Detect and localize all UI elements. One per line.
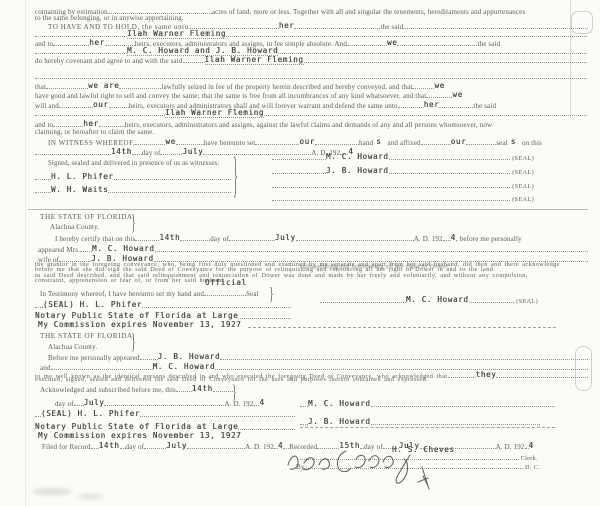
printed-text: day of xyxy=(210,235,229,244)
dotted-leader xyxy=(59,100,93,108)
dotted-leader xyxy=(140,352,158,360)
typed-entry: M. C. Howard xyxy=(406,295,469,304)
witness-signature: H. L. Phifer xyxy=(35,172,231,182)
dotted-leader xyxy=(278,46,587,54)
seal-label: (SEAL) xyxy=(510,182,534,191)
dotted-leader xyxy=(421,137,451,145)
dotted-leader xyxy=(412,81,434,89)
dotted-leader xyxy=(204,288,246,296)
typed-entry: 14th xyxy=(159,233,180,242)
printed-text: Filed for Record xyxy=(42,443,91,452)
dotted-leader xyxy=(296,233,414,241)
dotted-leader xyxy=(272,166,326,174)
handwritten-signature xyxy=(284,441,456,495)
typed-entry: s xyxy=(376,137,381,146)
dotted-leader xyxy=(398,100,424,108)
dotted-leader xyxy=(320,295,406,303)
dotted-leader xyxy=(187,441,245,449)
covenant-line: do hereby covenant and agree to and with… xyxy=(35,55,587,66)
dotted-leader xyxy=(51,362,153,370)
printed-text: A. D. 192 xyxy=(224,400,253,409)
dotted-leader xyxy=(347,38,387,46)
printed-text: Signed, sealed and delivered in presence… xyxy=(48,159,219,168)
seal-label: (SEAL) xyxy=(510,168,534,177)
dotted-leader xyxy=(238,422,295,430)
printed-text: acres of land, more or less. Together wi… xyxy=(212,8,525,17)
notary-signature: (SEAL) H. L. Phifer xyxy=(35,300,291,310)
seal-label: (SEAL) xyxy=(510,195,534,204)
typed-entry: Official xyxy=(205,278,247,287)
date-line: day of July A. D. 192 4 xyxy=(55,398,265,409)
typed-entry: H. L. Phifer xyxy=(51,172,114,181)
dotted-leader xyxy=(389,152,511,160)
dotted-leader xyxy=(35,108,165,116)
typed-entry: we xyxy=(434,81,444,90)
dotted-leader xyxy=(176,137,204,145)
typed-entry: July xyxy=(275,233,296,242)
grantee-name-line: Ilah Warner Fleming xyxy=(35,108,587,119)
acknowledged-line: Acknowledged and subscribed before me, t… xyxy=(40,384,233,395)
typed-entry: July xyxy=(84,398,105,407)
dotted-leader xyxy=(300,417,308,425)
witness-caption: Signed, sealed and delivered in presence… xyxy=(48,159,219,168)
dotted-leader xyxy=(99,119,125,127)
dotted-leader xyxy=(35,71,587,79)
scan-smudge xyxy=(78,494,104,499)
dotted-leader xyxy=(448,370,476,378)
typed-entry: M. C. Howard xyxy=(92,244,155,253)
dotted-leader xyxy=(35,29,127,37)
printed-text: Seal xyxy=(246,290,259,299)
dotted-leader xyxy=(142,300,291,308)
printed-text: THE STATE OF FLORIDA, xyxy=(40,213,135,222)
dotted-leader xyxy=(264,108,587,116)
dotted-leader xyxy=(132,147,142,155)
printed-text: day of xyxy=(126,443,145,452)
dower-signature: M. C. Howard (SEAL) xyxy=(320,295,538,306)
witness-brace: } xyxy=(233,151,238,206)
printed-text: Alachua County. xyxy=(50,223,99,232)
scan-smudge xyxy=(32,488,72,495)
printed-text: day of xyxy=(55,400,74,409)
printed-text: constraint, apprehension or fear of, or … xyxy=(35,278,225,284)
dotted-leader xyxy=(466,137,496,145)
typed-entry: we xyxy=(165,137,175,146)
dotted-leader xyxy=(238,311,291,319)
dotted-leader xyxy=(109,100,129,108)
dotted-leader xyxy=(272,180,510,188)
dotted-leader xyxy=(213,384,233,392)
dotted-leader xyxy=(80,244,92,252)
typed-entry: Ilah Warner Fleming xyxy=(205,55,304,65)
typed-entry: 14th xyxy=(111,147,132,156)
typed-entry: July xyxy=(166,441,187,450)
dotted-leader xyxy=(35,172,51,180)
dotted-leader xyxy=(35,185,51,193)
blank-rule xyxy=(35,71,587,79)
commission-line: My Commission expires November 13, 1927 xyxy=(38,321,241,330)
dotted-leader xyxy=(74,398,84,406)
dotted-leader xyxy=(496,370,588,378)
typed-entry: 4 xyxy=(259,398,264,407)
printed-text: day of xyxy=(142,149,161,158)
official-overlay: Official xyxy=(205,279,247,288)
dotted-leader xyxy=(114,172,231,180)
dotted-leader xyxy=(144,441,166,449)
dotted-leader xyxy=(304,55,587,63)
commission-line: My Commission expires November 13, 1927 xyxy=(38,432,241,441)
state-heading: THE STATE OF FLORIDA, xyxy=(40,332,135,341)
typed-entry: (SEAL) H. L. Phifer xyxy=(43,300,142,309)
typed-entry: 14th xyxy=(99,441,120,450)
printed-text: and affixed xyxy=(387,139,420,148)
dotted-leader xyxy=(108,185,231,193)
printed-text: In Testimony whereof, I have hereunto se… xyxy=(40,290,204,299)
typed-entry: My Commission expires November 13, 1927 xyxy=(38,431,241,440)
typed-entry: we xyxy=(452,90,462,99)
dotted-leader xyxy=(140,409,295,417)
dotted-leader xyxy=(397,38,477,46)
notary-signature: (SEAL) H. L. Phifer xyxy=(35,409,295,419)
typed-entry: (SEAL) H. L. Phifer xyxy=(41,409,140,418)
dotted-leader xyxy=(135,233,159,241)
printed-text: THE STATE OF FLORIDA, xyxy=(40,332,135,341)
printed-text: hand xyxy=(359,139,373,148)
printed-text: I hereby certify that on this xyxy=(55,235,135,244)
dotted-leader xyxy=(371,399,555,407)
grantor-signature: J. B. Howard xyxy=(300,417,540,427)
dotted-leader xyxy=(189,21,279,29)
printed-text: Acknowledged and subscribed before me, t… xyxy=(40,386,176,395)
form-line: claiming, or hereafter to claim the same… xyxy=(35,128,154,137)
typed-entry: her xyxy=(83,119,99,128)
dotted-leader xyxy=(426,90,452,98)
dotted-leader xyxy=(183,55,205,63)
printed-text: seal xyxy=(496,139,507,148)
dotted-leader xyxy=(35,300,43,308)
witness-signature: W. H. Waits xyxy=(35,185,231,195)
grantor-signature: M. C. Howard xyxy=(300,399,555,409)
printed-text: , before me personally xyxy=(456,235,522,244)
dotted-leader xyxy=(315,137,359,145)
typed-entry: Notary Public State of Florida at Large xyxy=(35,311,238,320)
dotted-leader xyxy=(439,100,473,108)
certify-line: I hereby certify that on this 14th day o… xyxy=(55,233,522,244)
dotted-leader xyxy=(119,81,161,89)
dotted-leader xyxy=(35,46,127,54)
typed-entry: 14th xyxy=(192,384,213,393)
dotted-leader xyxy=(443,233,451,241)
dotted-leader xyxy=(272,193,510,201)
dotted-leader xyxy=(155,244,588,252)
dotted-leader xyxy=(371,417,540,425)
dotted-leader xyxy=(255,137,299,145)
state-heading: THE STATE OF FLORIDA, xyxy=(40,213,135,222)
printed-text: on this xyxy=(522,139,542,148)
seal-label: (SEAL) xyxy=(514,297,538,306)
typed-entry: we are xyxy=(88,81,119,90)
printed-text: claiming, or hereafter to claim the same… xyxy=(35,128,154,137)
printed-text: A. D. 192 xyxy=(496,443,525,452)
deputy-clerk-label: D. C. xyxy=(523,463,540,472)
typed-entry: s xyxy=(511,137,516,146)
dashed-rule xyxy=(300,427,555,428)
typed-entry: they xyxy=(476,372,497,378)
county-heading: Alachua County. xyxy=(50,223,99,232)
dotted-leader xyxy=(160,147,182,155)
dotted-leader xyxy=(403,21,588,29)
typed-entry: My Commission expires November 13, 1927 xyxy=(38,320,241,329)
printed-text: executed, signed, sealed and delivered t… xyxy=(35,377,428,383)
left-fold-crease xyxy=(25,0,26,506)
dotted-leader xyxy=(53,38,89,46)
dotted-leader xyxy=(180,233,210,241)
typed-entry: Notary Public State of Florida at Large xyxy=(35,422,238,431)
dotted-leader xyxy=(105,38,135,46)
blank-signature-line: (SEAL) xyxy=(272,193,534,204)
typed-entry: M. C. Howard xyxy=(326,152,389,161)
typed-entry: our xyxy=(451,137,467,146)
dotted-leader xyxy=(226,29,587,37)
printed-text: heirs, executors, administrators and ass… xyxy=(125,121,492,130)
dotted-leader xyxy=(220,352,588,360)
printed-text: A. D. 192 xyxy=(414,235,443,244)
county-heading: Alachua County. xyxy=(48,343,97,352)
printed-text: Alachua County. xyxy=(48,343,97,352)
dotted-leader xyxy=(135,137,165,145)
seal-label: (SEAL) xyxy=(510,154,534,163)
dotted-leader xyxy=(46,81,88,89)
blank-signature-line: (SEAL) xyxy=(272,180,534,191)
grantor-signature: M. C. Howard (SEAL) xyxy=(272,152,534,163)
grantor-signature: J. B. Howard (SEAL) xyxy=(272,166,534,177)
dotted-leader xyxy=(300,399,308,407)
typed-entry: 4 xyxy=(529,441,534,450)
dotted-leader xyxy=(229,233,275,241)
dotted-leader xyxy=(294,21,380,29)
dotted-leader xyxy=(389,166,511,174)
printed-text: do hereby covenant and agree to and with… xyxy=(35,57,183,66)
dotted-leader xyxy=(272,152,326,160)
deed-scan-page: containing by estimation acres of land, … xyxy=(0,0,600,506)
typed-entry: July xyxy=(182,147,203,156)
printed-text: A. D. 192 xyxy=(245,443,274,452)
typed-entry: W. H. Waits xyxy=(51,185,108,194)
dotted-leader xyxy=(176,384,192,392)
typed-entry: 4 xyxy=(278,441,283,450)
section-divider xyxy=(28,209,588,210)
typed-entry: our xyxy=(299,137,315,146)
typed-entry: J. B. Howard xyxy=(158,352,221,361)
fine-print: constraint, apprehension or fear of, or … xyxy=(35,278,225,284)
fine-print: executed, signed, sealed and delivered t… xyxy=(35,377,428,383)
dotted-leader xyxy=(91,441,99,449)
dotted-leader xyxy=(35,147,111,155)
typed-entry: 4 xyxy=(451,233,456,242)
dotted-leader xyxy=(53,119,83,127)
typed-entry: M. C. Howard xyxy=(308,399,371,408)
dotted-leader xyxy=(215,362,588,370)
typed-entry: Ilah Warner Fleming xyxy=(165,108,264,118)
typed-entry: J. B. Howard xyxy=(326,166,389,175)
typed-entry: J. B. Howard xyxy=(308,417,371,426)
dotted-leader xyxy=(469,295,515,303)
testimony-line: In Testimony whereof, I have hereunto se… xyxy=(40,288,259,299)
dotted-leader xyxy=(104,398,224,406)
overstruck-text: relinquishing and renouncing all her rig… xyxy=(300,263,455,270)
dashed-rule xyxy=(248,327,556,328)
